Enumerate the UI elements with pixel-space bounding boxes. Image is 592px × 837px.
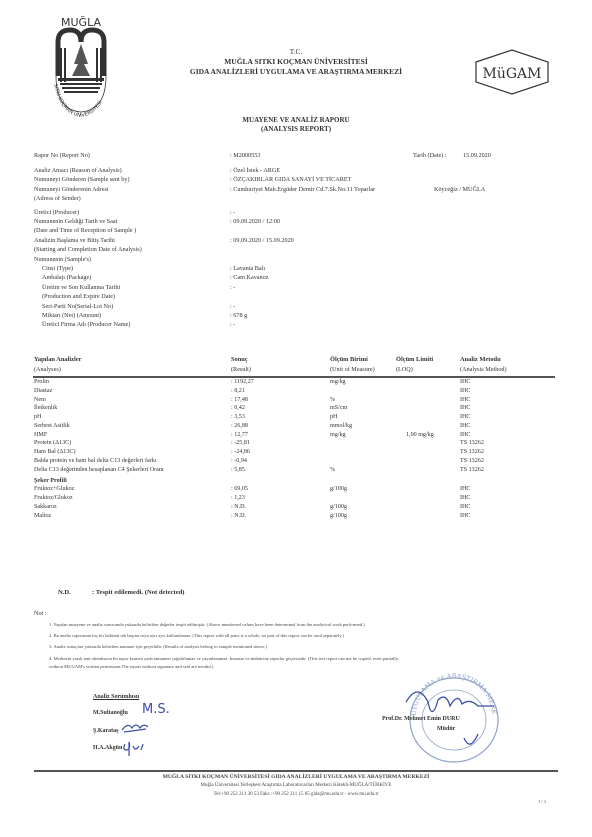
cell-result: : 3,53	[231, 413, 245, 422]
cell-result: : N.D.	[231, 512, 246, 521]
report-subtitle: (ANALYSIS REPORT)	[120, 125, 472, 133]
cell-unit: g/100g	[330, 485, 347, 494]
header-tc: T.C.	[120, 47, 472, 56]
cell-method: IHC	[460, 422, 471, 431]
cell-result: : 17,48	[231, 396, 248, 405]
note-item: without MUGAM's written permission.The r…	[49, 664, 213, 669]
table-row: İletkenlik: 0,42mS/cmIHC	[34, 404, 554, 413]
cell-method: IHC	[460, 387, 471, 396]
cell-method: IHC	[460, 512, 471, 521]
report-title: MUAYENE VE ANALİZ RAPORU	[120, 116, 472, 124]
cell-name: HMF	[34, 431, 47, 440]
field-label: Cinsi (Type)	[42, 264, 73, 273]
col-header-analyses-en: (Analyses)	[34, 366, 61, 373]
cell-result: : 5,85	[231, 466, 245, 475]
col-header-unit: Ölçüm Birimi	[330, 356, 368, 363]
table-row: Balda protein ve ham bal delta C13 değer…	[34, 457, 554, 466]
cell-name: Protein (Δ13C)	[34, 439, 71, 448]
cell-unit: mg/kg	[330, 431, 346, 440]
signer-name-3: H.A.Akgün	[93, 745, 122, 751]
field-label: Ambalajı (Package)	[42, 273, 91, 282]
cell-result: : 1,23	[231, 494, 245, 503]
field-label: Numuneyi Gönderenin Adresi	[34, 185, 109, 194]
mugam-logo: MüGAM	[472, 48, 552, 96]
report-no-value: : M2000553	[230, 151, 260, 160]
signature-initials-1: M.S.	[142, 702, 170, 717]
cell-method: IHC	[460, 413, 471, 422]
field-value: : -	[230, 208, 235, 217]
col-header-result: Sonuç	[231, 356, 248, 363]
table-section-header: Şeker Profili	[34, 477, 554, 486]
cell-name: Maltoz	[34, 512, 51, 521]
cell-method: TS 13262	[460, 466, 484, 475]
col-header-unit-en: (Unit of Measure)	[330, 366, 375, 373]
analysis-responsible-title: Analiz Sorumlusu	[93, 694, 139, 700]
field-value: : Cam Kavanoz	[230, 273, 269, 282]
col-header-result-en: (Result)	[231, 366, 251, 373]
field-label: Üretim ve Son Kullanma Tarihi	[42, 283, 120, 292]
cell-name: Şeker Profili	[34, 477, 67, 486]
cell-method: IHC	[460, 494, 471, 503]
cell-method: IHC	[460, 503, 471, 512]
field-label: Analizin Başlama ve Bitiş Tarihi	[34, 236, 115, 245]
header-center-name: GIDA ANALİZLERİ UYGULAMA VE ARAŞTIRMA ME…	[120, 67, 472, 76]
col-header-analyses: Yapılan Analizler	[34, 356, 81, 363]
cell-name: Fruktoz+Glukoz	[34, 485, 74, 494]
cell-result: : -25,81	[231, 439, 250, 448]
table-row: pH: 3,53pHIHC	[34, 413, 554, 422]
field-label: Miktarı (Net) (Amount)	[42, 311, 101, 320]
cell-name: Balda protein ve ham bal delta C13 değer…	[34, 457, 157, 466]
cell-name: pH	[34, 413, 41, 422]
cell-name: Ham Bal (Δ13C)	[34, 448, 76, 457]
field-label: Numunenin (Sample's)	[34, 255, 91, 264]
cell-result: : 1192,27	[231, 378, 254, 387]
cell-result: : 69,05	[231, 485, 248, 494]
table-row: Delta C13 değerinden hesaplanan C4 Şeker…	[34, 466, 554, 475]
field-value: : -	[230, 320, 235, 329]
table-row: Fruktoz/Glukoz: 1,23IHC	[34, 494, 554, 503]
note-item: 2. Bu analiz raporunun hiç bir bölümü te…	[49, 633, 344, 638]
field-value: : -	[230, 283, 235, 292]
date-label: Tarih (Date) :	[413, 151, 447, 160]
col-header-loq: Ölçüm Limiti	[396, 356, 433, 363]
table-row: Serbest Asitlik: 26,88mmol/kgIHC	[34, 422, 554, 431]
table-row: Maltoz: N.D.g/100gIHC	[34, 512, 554, 521]
col-header-loq-en: (LOQ)	[396, 366, 413, 373]
cell-unit: %	[330, 396, 335, 405]
table-row: Prolin: 1192,27mg/kgIHC	[34, 378, 554, 387]
field-label: (Date and Time of Reception of Sample )	[34, 226, 136, 235]
field-value: : Özel İstek - ARGE	[230, 166, 280, 175]
cell-method: TS 13262	[460, 457, 484, 466]
cell-method: TS 13262	[460, 448, 484, 457]
field-label: Üretici Firma Adı (Producer Name)	[42, 320, 130, 329]
cell-unit: g/100g	[330, 512, 347, 521]
signature-scribble-3	[121, 738, 147, 758]
note-item: 3. Analiz sonuçları yukarıda belirtilen …	[49, 644, 267, 649]
cell-method: IHC	[460, 485, 471, 494]
field-label: (Production and Expire Date)	[42, 292, 115, 301]
cell-name: Prolin	[34, 378, 49, 387]
cell-name: Diastaz	[34, 387, 52, 396]
table-row: Sakkaroz: N.D.g/100gIHC	[34, 503, 554, 512]
cell-method: IHC	[460, 378, 471, 387]
field-label: (Starting and Completion Date of Analysi…	[34, 245, 142, 254]
cell-unit: mg/kg	[330, 378, 346, 387]
cell-method: IHC	[460, 431, 471, 440]
director-title: Müdür	[437, 726, 455, 732]
cell-method: IHC	[460, 404, 471, 413]
footer-contact: Tel:+90 252 211 30 53 Faks :+90 252 211 …	[0, 792, 592, 797]
field-value: : 678 g	[230, 311, 247, 320]
field-label: Analiz Amacı (Reason of Analysis)	[34, 166, 122, 175]
date-value: 15.09.2020	[463, 151, 491, 160]
svg-text:MüGAM: MüGAM	[483, 66, 542, 82]
cell-unit: mS/cm	[330, 404, 347, 413]
footer-center-name: MUĞLA SITKI KOÇMAN ÜNİVERSİTESİ GIDA ANA…	[0, 774, 592, 780]
cell-result: : 12,77	[231, 431, 248, 440]
table-row: Nem: 17,48%IHC	[34, 396, 554, 405]
cell-name: Sakkaroz	[34, 503, 57, 512]
footer-address: Muğla Üniversitesi Yerleşkesi Araştırma …	[0, 783, 592, 788]
field-label: Üretici (Producer)	[34, 208, 79, 217]
signer-name-1: M.Sultanoğlu	[93, 710, 128, 716]
nd-meaning: : Tespit edilemedi. (Not detected)	[92, 589, 184, 596]
col-header-method-en: (Analysis Method)	[460, 366, 507, 373]
cell-name: Nem	[34, 396, 46, 405]
cell-name: Delta C13 değerinden hesaplanan C4 Şeker…	[34, 466, 164, 475]
table-row: Fruktoz+Glukoz: 69,05g/100gIHC	[34, 485, 554, 494]
field-value: : 09.09.2020 / 15.09.2020	[230, 236, 294, 245]
field-label: Numuneyi Gönderen (Sample sent by)	[34, 175, 130, 184]
cell-name: Fruktoz/Glukoz	[34, 494, 73, 503]
cell-name: Serbest Asitlik	[34, 422, 70, 431]
field-value-city: Köyceğiz / MUĞLA	[434, 185, 485, 194]
cell-result: : 8,21	[231, 387, 245, 396]
note-item: 4. Merkezin yazılı izni olmaksızın bu ra…	[49, 656, 399, 661]
cell-unit: mmol/kg	[330, 422, 352, 431]
mugla-university-logo: MUĞLA SITKI KOÇMAN ÜNİVERSİTESİ	[52, 14, 110, 134]
report-no-label: Rapor No (Report No)	[34, 151, 90, 160]
cell-method: IHC	[460, 396, 471, 405]
col-header-method: Analiz Metodu	[460, 356, 501, 363]
footer-divider	[34, 770, 558, 772]
director-name: Prof.Dr. Mehmet Emin DURU	[382, 716, 460, 722]
cell-result: : 0,42	[231, 404, 245, 413]
field-label: Seri-Parti No(Serial-Lot No)	[42, 302, 113, 311]
cell-loq: 1,00 mg/kg	[406, 431, 434, 440]
field-value: : Cumhuriyet Mah.Ergüder Demir Cd.7.Sk.N…	[230, 185, 375, 194]
table-row: Protein (Δ13C): -25,81TS 13262	[34, 439, 554, 448]
signature-scribble-2	[120, 720, 150, 734]
field-label: (Adress of Sender)	[34, 194, 81, 203]
table-row: Diastaz: 8,21IHC	[34, 387, 554, 396]
cell-name: İletkenlik	[34, 404, 57, 413]
cell-result: : 26,88	[231, 422, 248, 431]
cell-unit: pH	[330, 413, 337, 422]
signer-name-2: Ş.Karataş	[93, 728, 119, 734]
cell-unit: %	[330, 466, 335, 475]
nd-abbreviation: N.D.	[58, 589, 71, 596]
field-value: : 09.09.2020 / 12:00	[230, 217, 280, 226]
svg-text:MUĞLA: MUĞLA	[61, 16, 101, 29]
cell-result: : -24,86	[231, 448, 250, 457]
table-row: Ham Bal (Δ13C): -24,86TS 13262	[34, 448, 554, 457]
page-number: 1 / 1	[538, 799, 546, 804]
field-label: Numunenin Geldiği Tarih ve Saat	[34, 217, 117, 226]
field-value: : -	[230, 302, 235, 311]
cell-method: TS 13262	[460, 439, 484, 448]
cell-unit: g/100g	[330, 503, 347, 512]
header-university: MUĞLA SITKI KOÇMAN ÜNİVERSİTESİ	[120, 57, 472, 66]
field-value: : ÖZÇAKIRLAR GIDA SANAYİ VE TİCARET	[230, 175, 351, 184]
cell-result: : -0,94	[231, 457, 247, 466]
note-item: 1. Yapılan muayene ve analiz sonucunda y…	[49, 622, 365, 627]
notes-title: Not :	[34, 609, 47, 618]
field-value: : Lavanta Balı	[230, 264, 265, 273]
cell-result: : N.D.	[231, 503, 246, 512]
table-row: HMF: 12,77mg/kg1,00 mg/kgIHC	[34, 431, 554, 440]
